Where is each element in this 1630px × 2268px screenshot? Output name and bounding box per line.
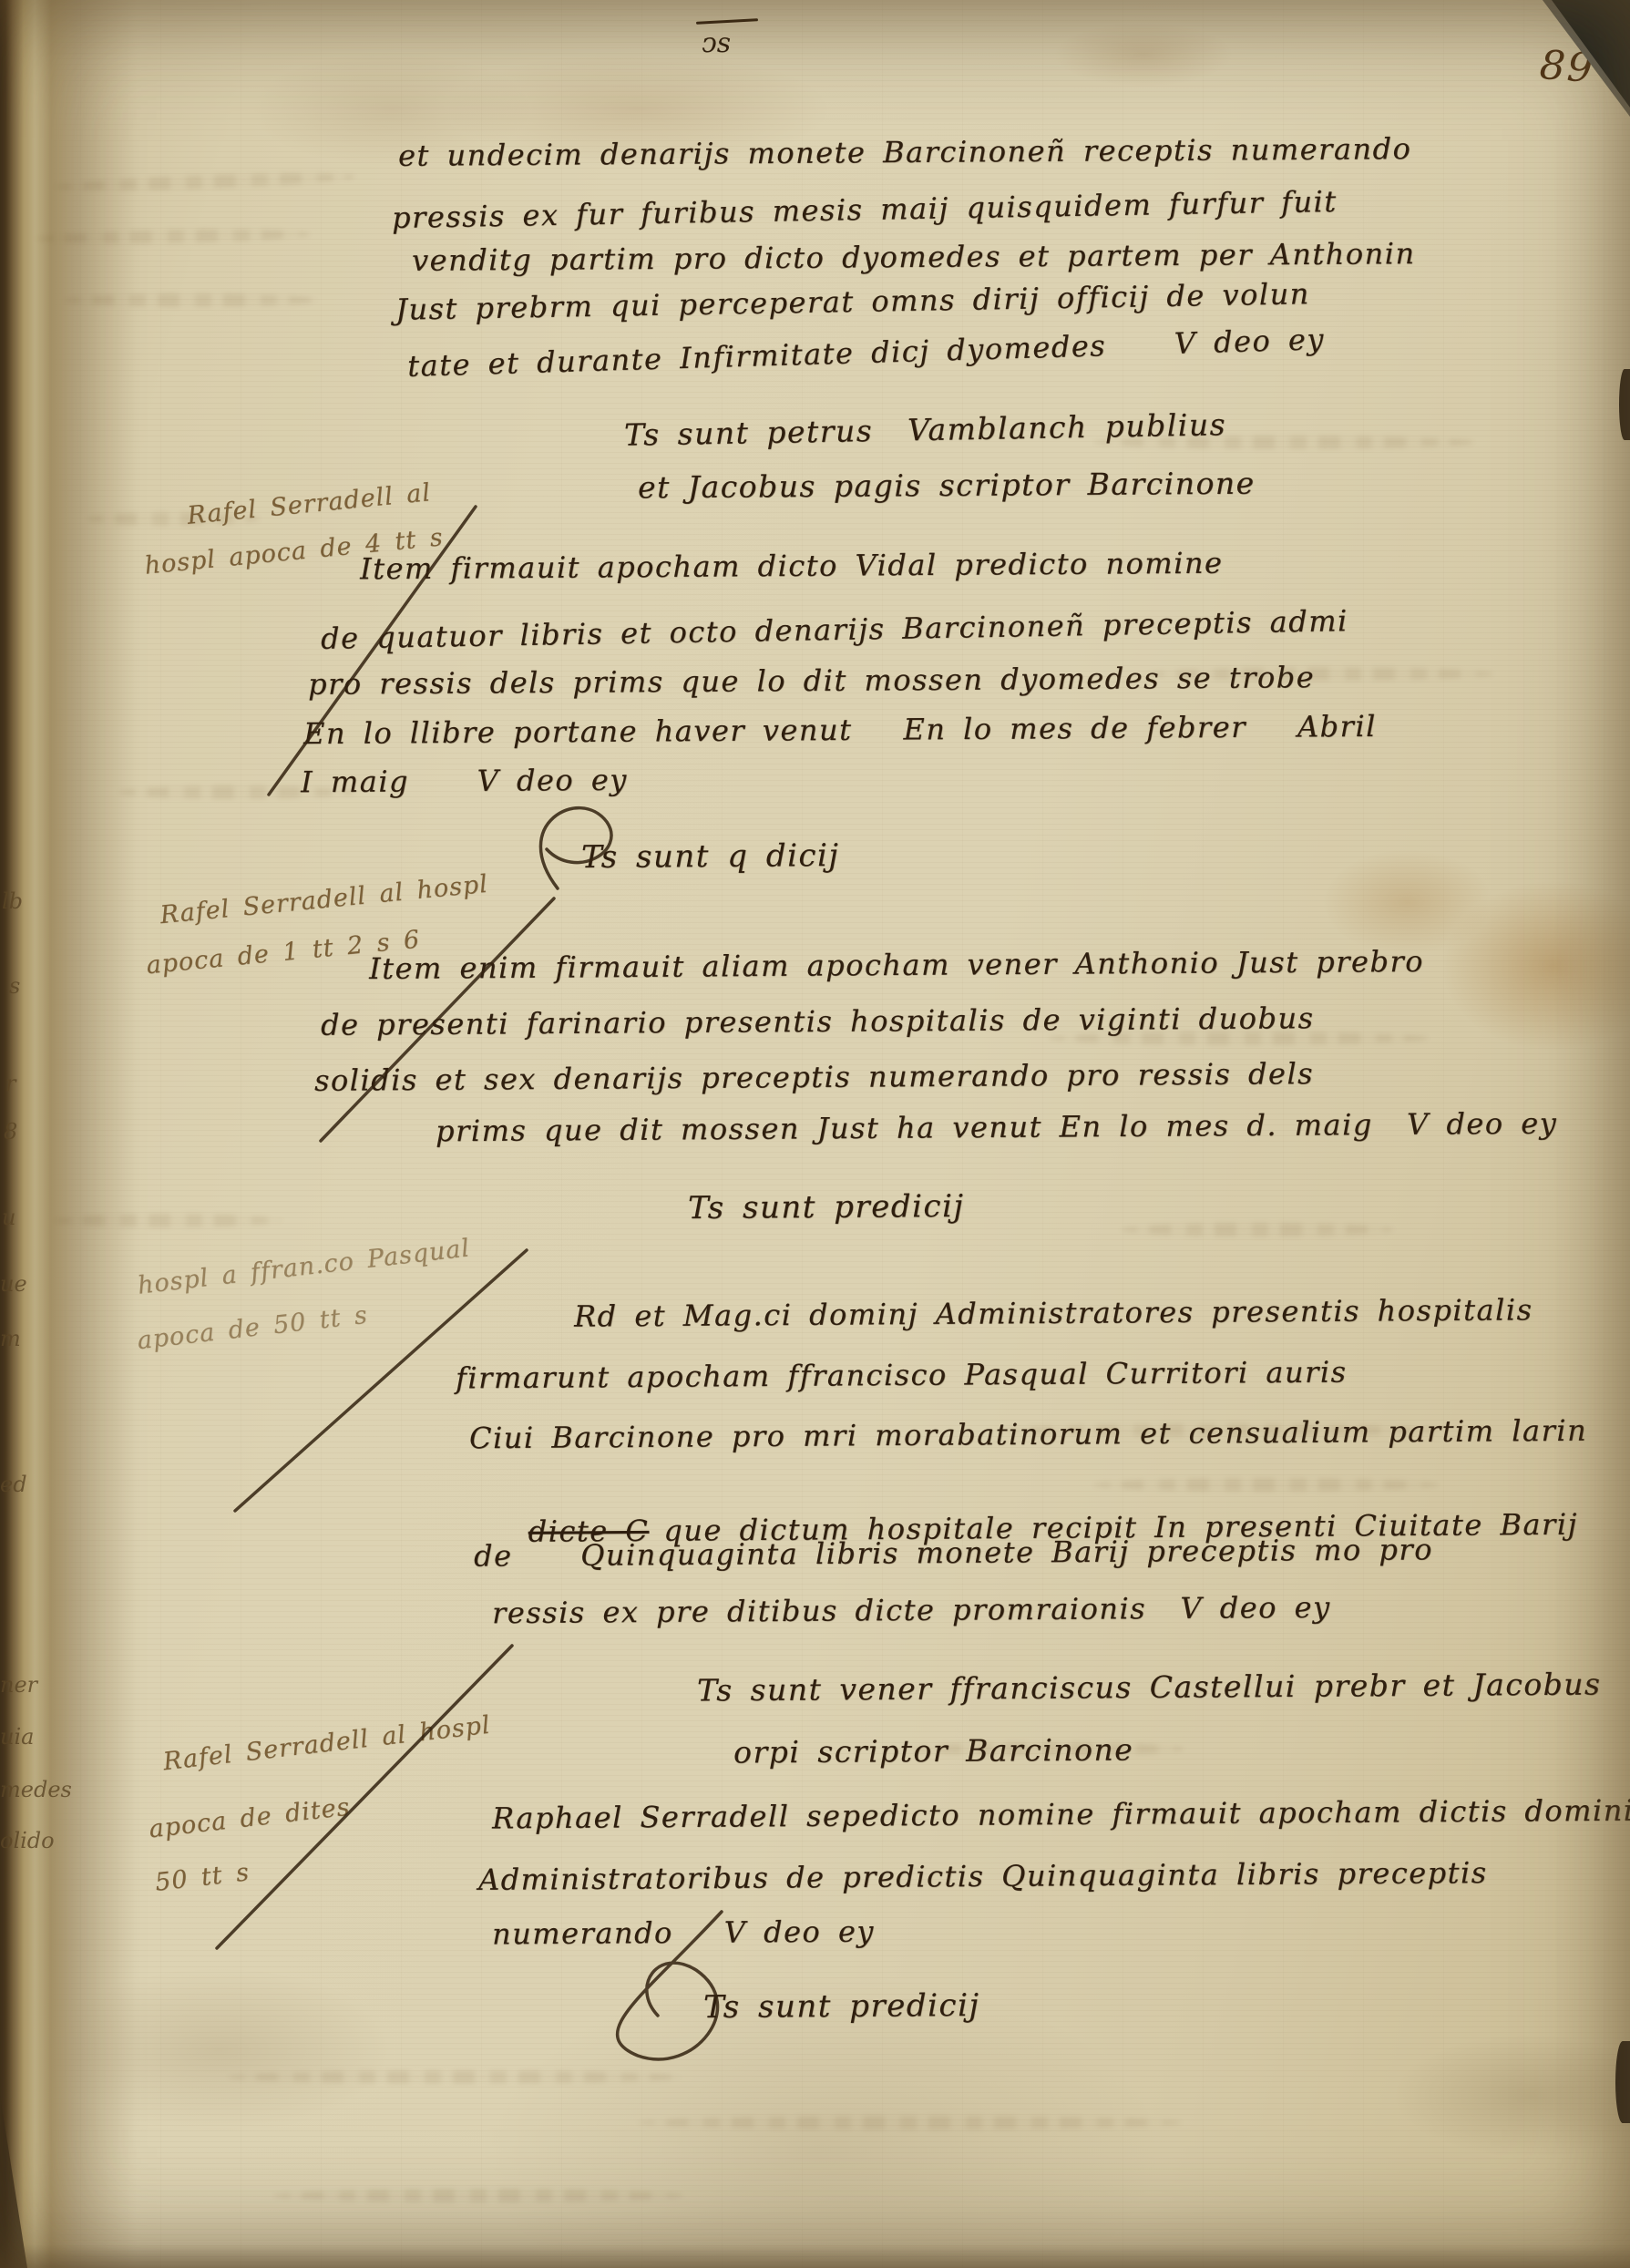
- body-line: Item enim firmauit aliam apocham vener A…: [369, 944, 1424, 986]
- body-line: Item firmauit apocham dicto Vidal predic…: [360, 546, 1224, 587]
- closing-line: Ts sunt q dicij: [581, 837, 840, 876]
- showthrough-smudge: [55, 1214, 282, 1227]
- edge-fragment: uia: [0, 1724, 34, 1750]
- closing-line: Ts sunt predicij: [703, 1987, 980, 2026]
- edge-fragment: medes: [0, 1777, 72, 1802]
- body-line: ressis ex pre ditibus dicte promraionis …: [492, 1590, 1331, 1630]
- body-line: numerando V deo ey: [492, 1914, 875, 1952]
- body-line: Rd et Mag.ci dominj Administratores pres…: [574, 1292, 1533, 1333]
- edge-fragment: m: [0, 1326, 21, 1351]
- edge-fragment: u: [2, 1205, 15, 1230]
- showthrough-smudge: [638, 2116, 1184, 2129]
- edge-fragment: s: [9, 973, 20, 999]
- body-line: et undecim denarijs monete Barcinoneñ re…: [398, 131, 1412, 173]
- edge-fragment: ue: [0, 1271, 27, 1297]
- witness-line: orpi scriptor Barcinone: [733, 1731, 1133, 1770]
- showthrough-smudge: [228, 2070, 683, 2084]
- edge-fragment: ed: [0, 1472, 27, 1497]
- edge-fragment: lb: [2, 888, 23, 914]
- body-line: de presenti farinario presentis hospital…: [321, 1001, 1315, 1042]
- body-line: firmarunt apocham ffrancisco Pasqual Cur…: [456, 1355, 1348, 1396]
- witness-line: et Jacobus pagis scriptor Barcinone: [638, 466, 1256, 506]
- body-line: solidis et sex denarijs preceptis numera…: [314, 1056, 1314, 1098]
- body-line: Administratoribus de predictis Quinquagi…: [478, 1855, 1488, 1897]
- closing-line: Ts sunt predicij: [688, 1188, 965, 1226]
- quire-mark: ↄs: [702, 27, 731, 59]
- witness-line: Ts sunt vener ffranciscus Castellui preb…: [697, 1667, 1602, 1709]
- showthrough-smudge: [1121, 1223, 1394, 1237]
- body-line: pro ressis dels prims que lo dit mossen …: [308, 660, 1315, 702]
- edge-notch: [1615, 2041, 1630, 2123]
- bottom-edge-shadow: [0, 2244, 1630, 2268]
- manuscript-scan: ↄs 89 et undecim denarijs monete Barcino…: [0, 0, 1630, 2268]
- edge-fragment: 8: [4, 1119, 17, 1144]
- body-line: de Quinquaginta libris monete Barij prec…: [474, 1532, 1433, 1573]
- showthrough-smudge: [64, 293, 319, 307]
- edge-fragment: r: [5, 1071, 15, 1096]
- edge-fragment: olido: [0, 1828, 55, 1853]
- body-line: I maig V deo ey: [301, 763, 628, 800]
- edge-notch: [1619, 369, 1630, 440]
- edge-fragment: ner: [0, 1672, 37, 1698]
- showthrough-smudge: [273, 2189, 683, 2202]
- body-line: venditg partim pro dicto dyomedes et par…: [412, 236, 1416, 278]
